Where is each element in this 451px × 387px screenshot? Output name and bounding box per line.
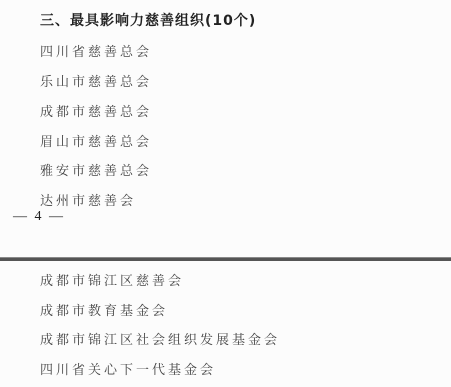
- page-number: — 4 —: [13, 209, 65, 225]
- list-item: 眉山市慈善总会: [40, 131, 152, 150]
- list-item: 成都市慈善总会: [40, 101, 152, 120]
- list-item: 达州市慈善会: [40, 190, 136, 209]
- list-item: 成都市锦江区社会组织发展基金会: [40, 329, 280, 348]
- document-page-5: 成都市锦江区慈善会 成都市教育基金会 成都市锦江区社会组织发展基金会 四川省关心…: [0, 261, 451, 387]
- list-item: 雅安市慈善总会: [40, 160, 152, 179]
- section-heading: 三、最具影响力慈善组织(10个): [40, 10, 256, 30]
- list-item: 四川省关心下一代基金会: [40, 359, 216, 378]
- list-item: 成都市教育基金会: [40, 300, 168, 319]
- document-page-4: 三、最具影响力慈善组织(10个) 四川省慈善总会 乐山市慈善总会 成都市慈善总会…: [0, 0, 451, 257]
- list-item: 成都市锦江区慈善会: [40, 270, 184, 289]
- list-item: 乐山市慈善总会: [40, 71, 152, 90]
- list-item: 四川省慈善总会: [40, 41, 152, 60]
